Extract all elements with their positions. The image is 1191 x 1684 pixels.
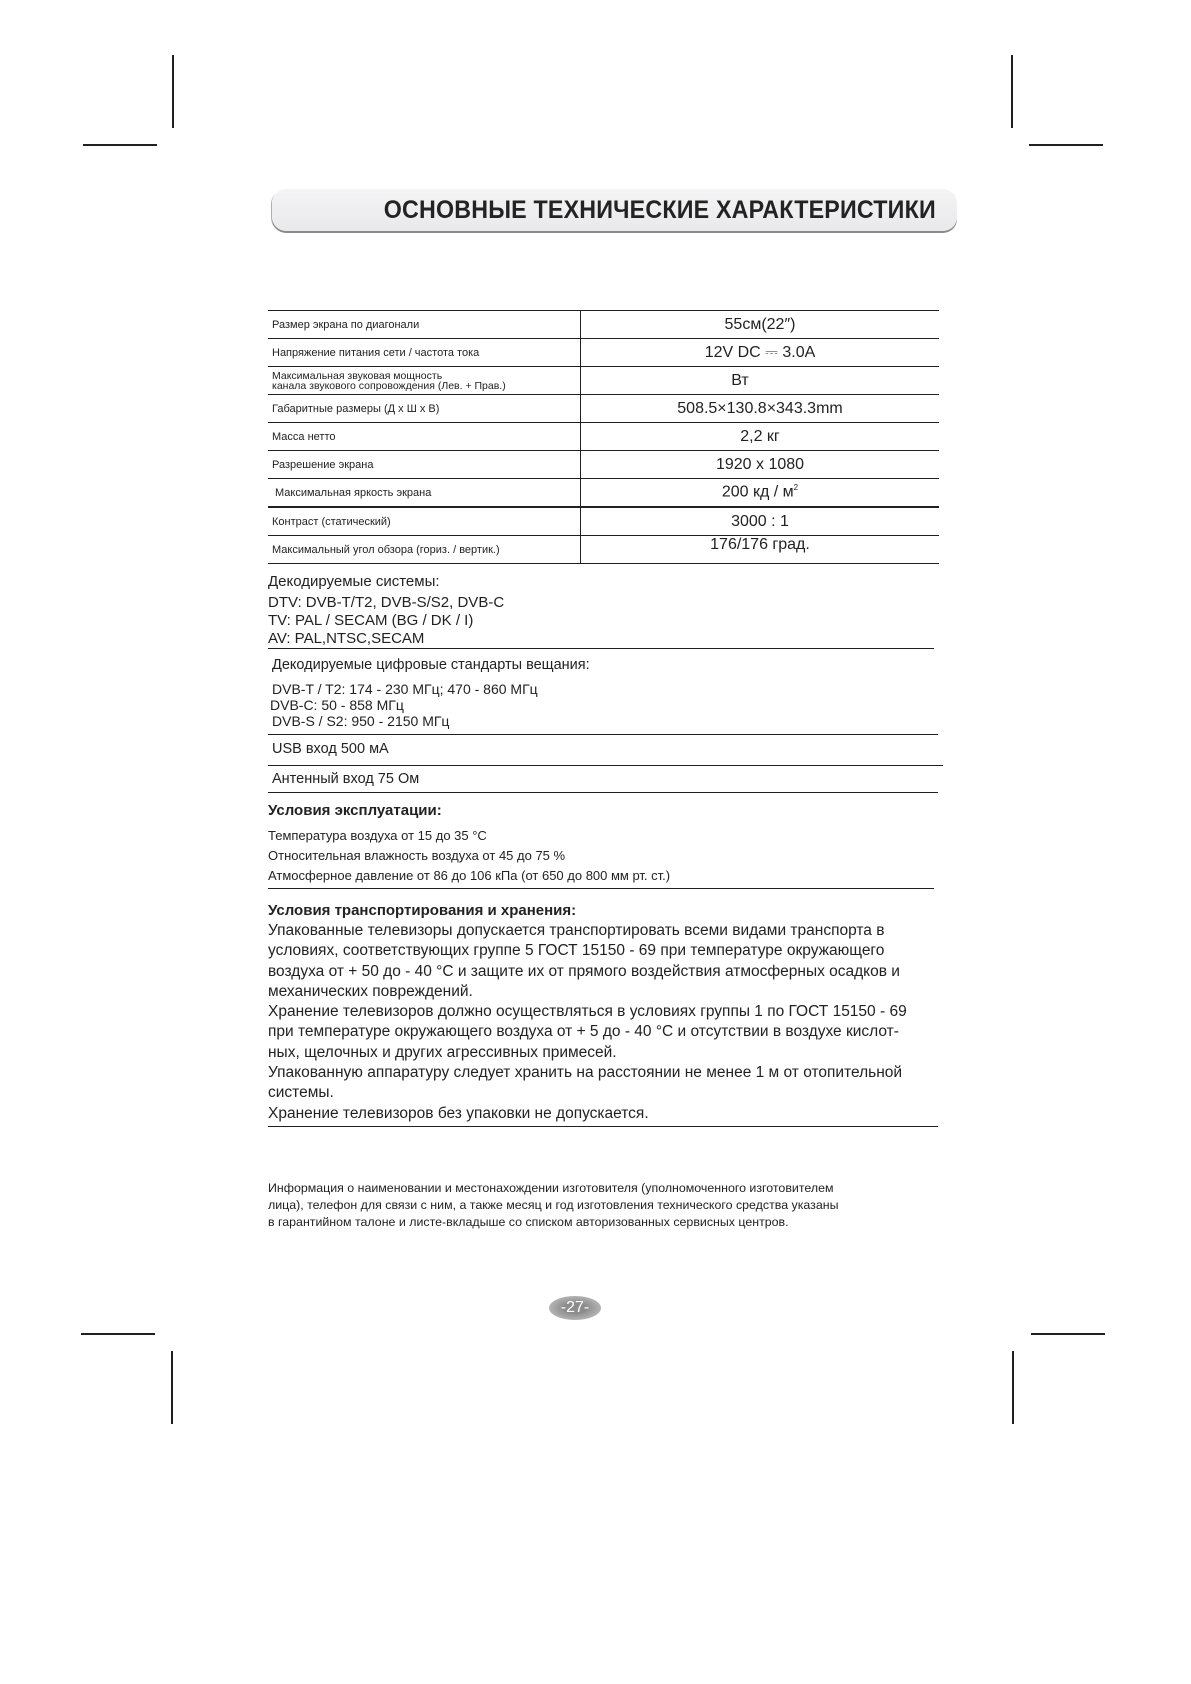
spec-value: 508.5×130.8×343.3mm (581, 395, 940, 423)
table-row: Максимальная звуковая мощность канала зв… (268, 367, 939, 395)
list-item: DVB-T / T2: 174 - 230 МГц; 470 - 860 МГц (272, 681, 942, 697)
crop-mark (1011, 55, 1013, 128)
antenna-input: Антенный вход 75 Ом (272, 771, 942, 787)
list-item: DVB-S / S2: 950 - 2150 МГц (272, 713, 942, 729)
condition-humidity: Относительная влажность воздуха от 45 до… (268, 846, 938, 866)
digital-standards: Декодируемые цифровые стандарты вещания:… (272, 657, 942, 729)
spec-value: 176/176 град. (581, 536, 940, 564)
paragraph-line: Упакованную аппаратуру следует хранить н… (268, 1063, 938, 1083)
spec-label: Максимальный угол обзора (гориз. / верти… (268, 536, 581, 564)
list-item: AV: PAL,NTSC,SECAM (268, 630, 938, 648)
table-row: Разрешение экрана 1920 x 1080 (268, 451, 939, 479)
table-row: Размер экрана по диагонали 55см(22″) (268, 311, 939, 339)
crop-mark (1031, 1333, 1105, 1335)
list-item: TV: PAL / SECAM (BG / DK / I) (268, 612, 938, 630)
section-heading: Условия транспортирования и хранения: (268, 902, 938, 920)
crop-mark (83, 144, 157, 146)
spec-label: Напряжение питания сети / частота тока (268, 339, 581, 367)
spec-label-line: канала звукового сопровождения (Лев. + П… (272, 381, 580, 391)
divider (268, 792, 938, 793)
usb-input: USB вход 500 мА (272, 741, 942, 757)
table-row: Масса нетто 2,2 кг (268, 423, 939, 451)
divider (268, 765, 943, 766)
note-line: лица), телефон для связи с ним, а также … (268, 1197, 938, 1214)
page-title: ОСНОВНЫЕ ТЕХНИЧЕСКИЕ ХАРАКТЕРИСТИКИ (383, 189, 935, 231)
spec-value: 12V DC ⎓ 3.0A (581, 339, 940, 367)
spec-label: Габаритные размеры (Д х Ш х В) (268, 395, 581, 423)
spec-value: Вт (581, 367, 940, 395)
title-banner: ОСНОВНЫЕ ТЕХНИЧЕСКИЕ ХАРАКТЕРИСТИКИ (272, 189, 957, 231)
spec-label: Размер экрана по диагонали (268, 311, 581, 339)
paragraph-line: Упакованные телевизоры допускается транс… (268, 921, 938, 941)
paragraph-line: условиях, соответствующих группе 5 ГОСТ … (268, 941, 938, 961)
paragraph-line: ных, щелочных и других агрессивных приме… (268, 1043, 938, 1063)
crop-mark (1012, 1351, 1014, 1424)
section-heading: Декодируемые системы: (268, 572, 938, 591)
list-item: DVB-C: 50 - 858 МГц (270, 697, 942, 713)
paragraph-line: при температуре окружающего воздуха от +… (268, 1022, 938, 1042)
crop-mark (172, 55, 174, 128)
divider (268, 888, 934, 889)
crop-mark (1029, 144, 1103, 146)
spec-value-text: 200 кд / м (722, 484, 794, 501)
table-row: Напряжение питания сети / частота тока 1… (268, 339, 939, 367)
superscript: 2 (794, 483, 798, 492)
spec-value: 55см(22″) (581, 311, 940, 339)
spec-value: 2,2 кг (581, 423, 940, 451)
spec-label: Разрешение экрана (268, 451, 581, 479)
spec-value: 1920 x 1080 (581, 451, 940, 479)
spec-label: Масса нетто (268, 423, 581, 451)
decoded-systems: Декодируемые системы: DTV: DVB-T/T2, DVB… (268, 572, 938, 648)
operating-conditions: Условия эксплуатации: Температура воздух… (268, 802, 938, 886)
spec-label-line: Максимальная звуковая мощность (272, 371, 580, 381)
condition-pressure: Атмосферное давление от 86 до 106 кПа (о… (268, 866, 938, 886)
spec-label: Контраст (статический) (268, 507, 581, 536)
transport-storage: Условия транспортирования и хранения: Уп… (268, 902, 938, 1124)
paragraph-line: системы. (268, 1083, 938, 1103)
table-row: Габаритные размеры (Д х Ш х В) 508.5×130… (268, 395, 939, 423)
table-row: Контраст (статический) 3000 : 1 (268, 507, 939, 536)
table-row: Максимальный угол обзора (гориз. / верти… (268, 536, 939, 564)
section-heading: Декодируемые цифровые стандарты вещания: (272, 657, 942, 673)
spec-value: 3000 : 1 (581, 507, 940, 536)
section-heading: Условия эксплуатации: (268, 802, 938, 820)
table-row: Максимальная яркость экрана 200 кд / м2 (268, 479, 939, 508)
divider (268, 648, 934, 649)
note-line: в гарантийном талоне и листе-вкладыше со… (268, 1214, 938, 1231)
paragraph-line: Хранение телевизоров без упаковки не доп… (268, 1104, 938, 1124)
manufacturer-note: Информация о наименовании и местонахожде… (268, 1180, 938, 1231)
spec-value: 200 кд / м2 (581, 479, 940, 508)
crop-mark (171, 1351, 173, 1424)
divider (268, 734, 938, 735)
crop-mark (81, 1333, 155, 1335)
condition-temperature: Температура воздуха от 15 до 35 °С (268, 826, 938, 846)
list-item: DTV: DVB-T/T2, DVB-S/S2, DVB-C (268, 594, 938, 612)
page-number: -27- (549, 1296, 601, 1320)
paragraph-line: Хранение телевизоров должно осуществлять… (268, 1002, 938, 1022)
specs-table: Размер экрана по диагонали 55см(22″) Нап… (268, 310, 939, 564)
spec-label: Максимальная яркость экрана (268, 479, 581, 508)
paragraph-line: механических повреждений. (268, 982, 938, 1002)
spec-label: Максимальная звуковая мощность канала зв… (268, 367, 581, 395)
paragraph-line: воздуха от + 50 до - 40 °С и защите их о… (268, 962, 938, 982)
divider (268, 1126, 938, 1127)
note-line: Информация о наименовании и местонахожде… (268, 1180, 938, 1197)
